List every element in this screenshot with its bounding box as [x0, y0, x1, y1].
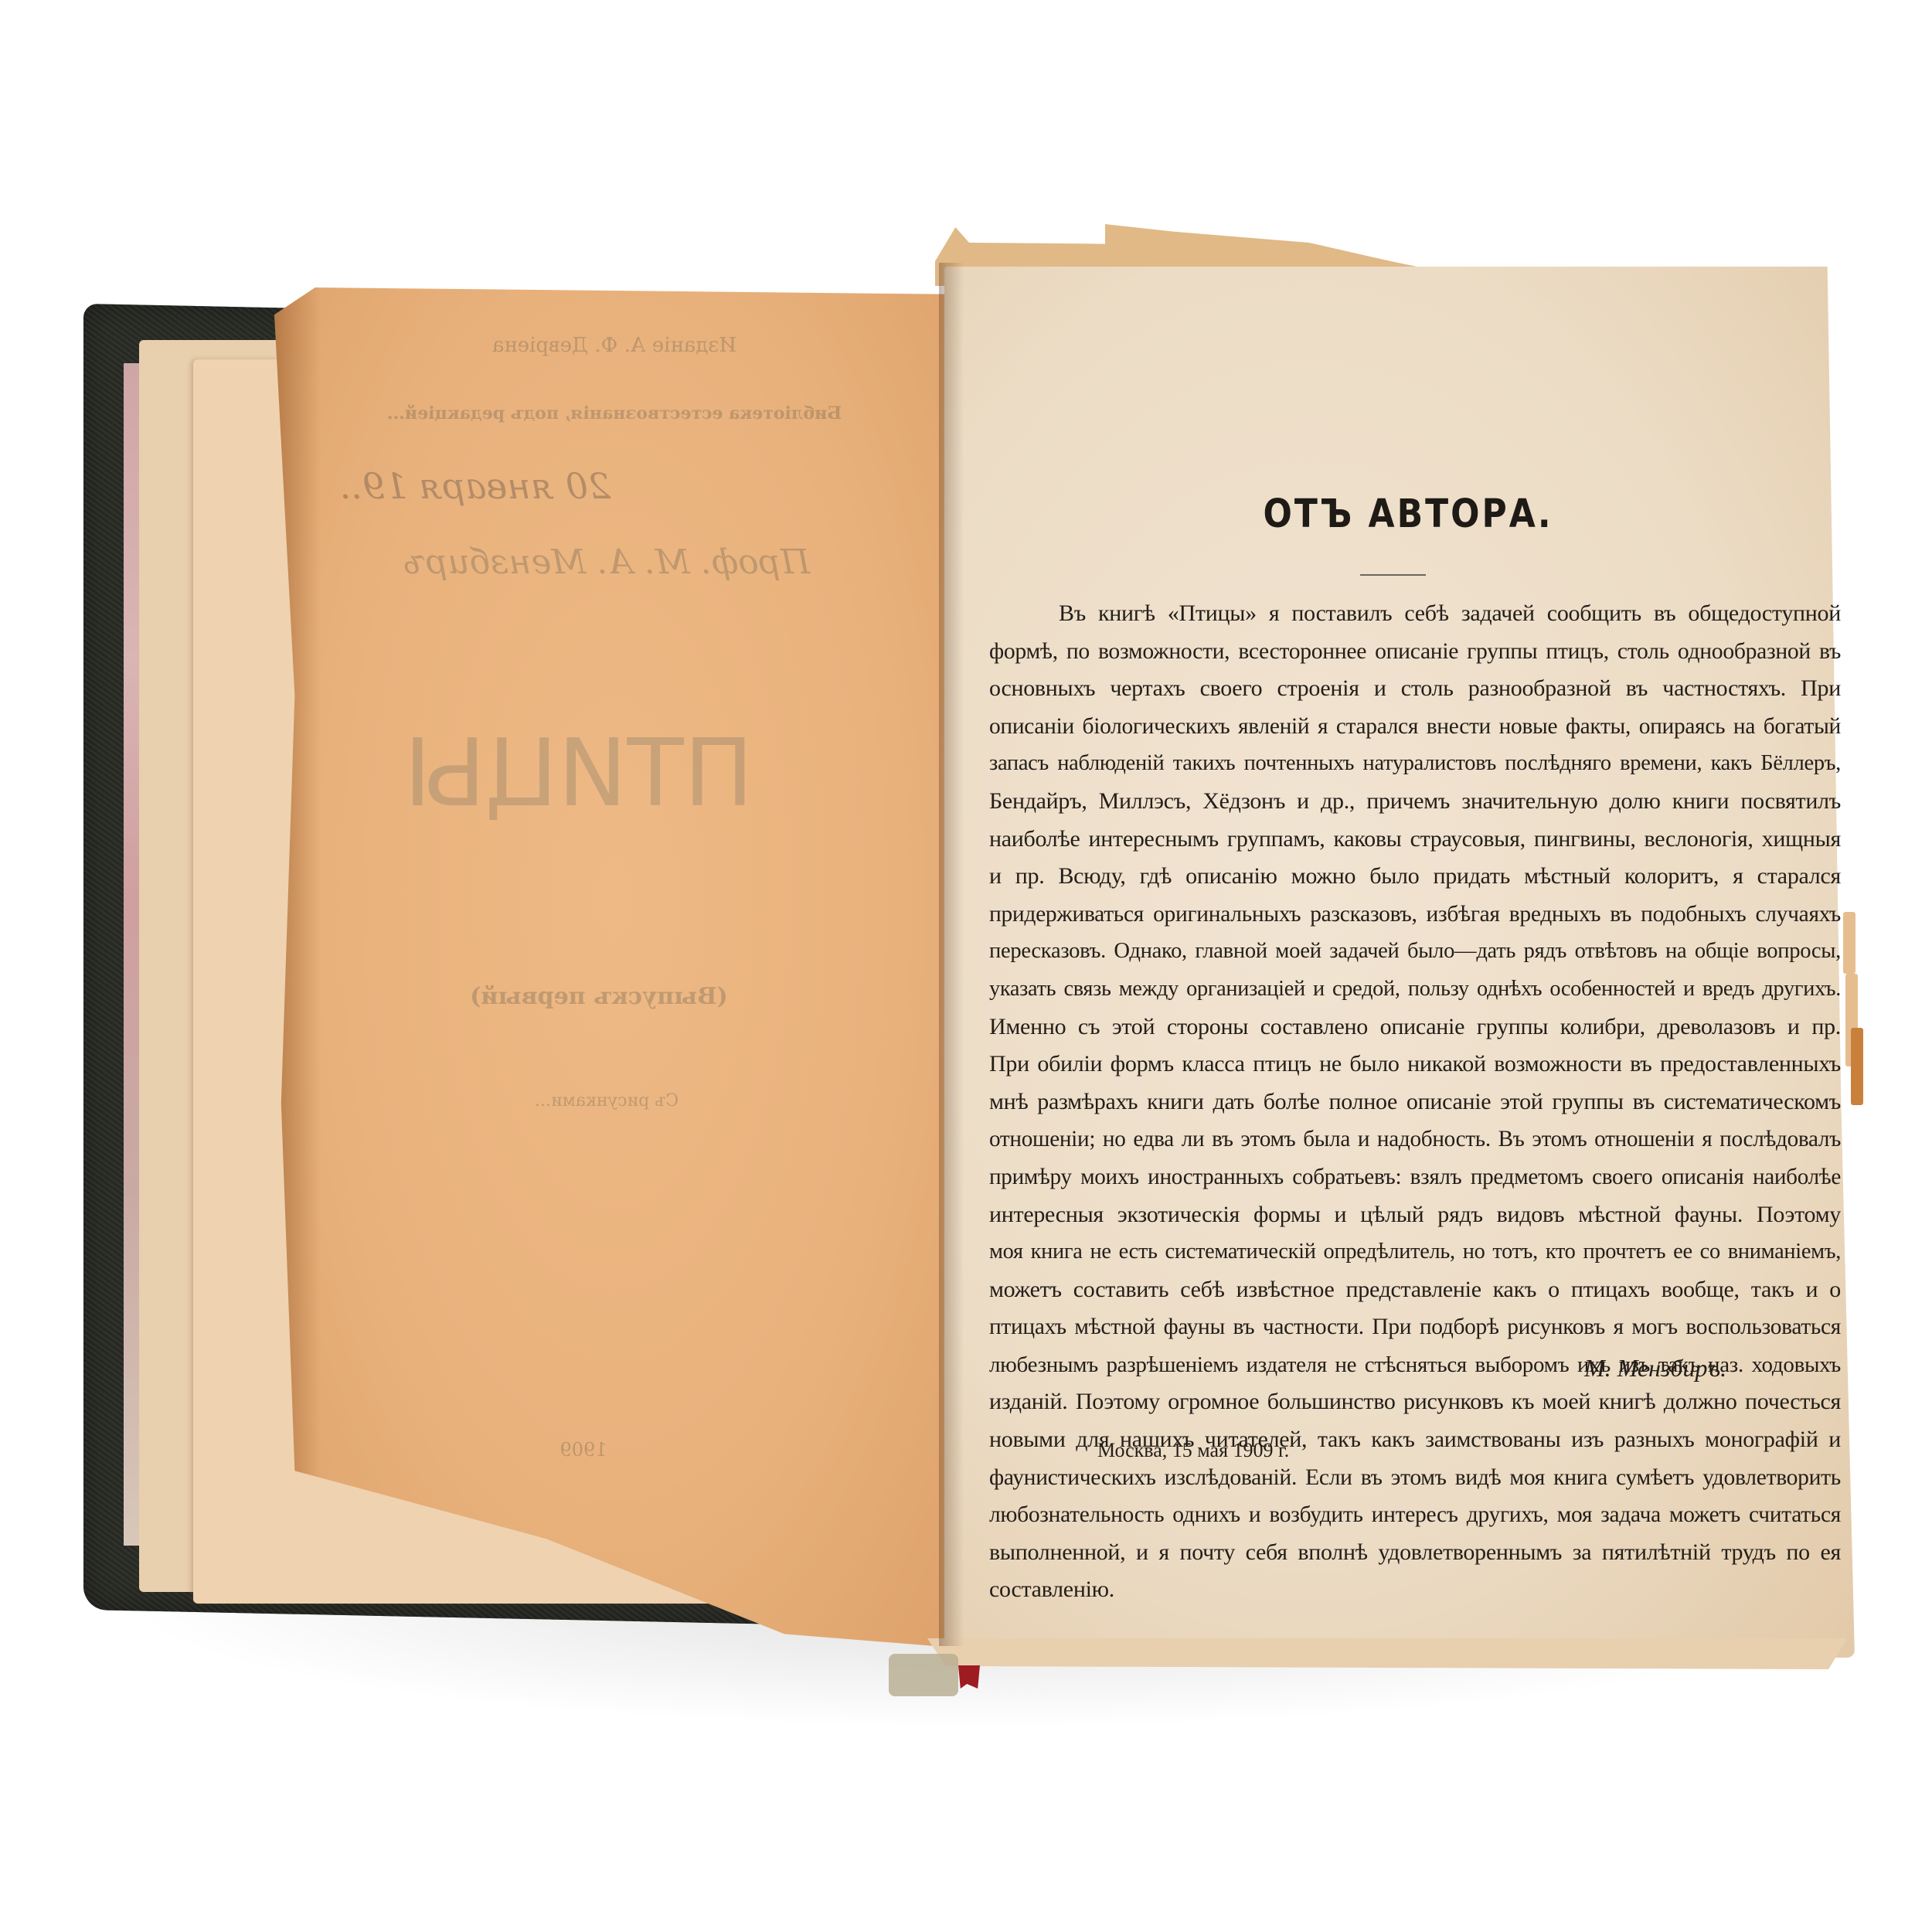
- text-line: отношеніи; но едва ли въ этомъ была и на…: [989, 1121, 1841, 1158]
- text-line: формѣ, по возможности, всестороннее опис…: [989, 633, 1841, 671]
- text-line: придерживаться оригинальныхъ разсказовъ,…: [989, 896, 1841, 934]
- text-line: основныхъ чертахъ своего строенія и стол…: [989, 670, 1841, 708]
- text-line: мнѣ размѣрахъ книги дать болѣе полное оп…: [989, 1083, 1841, 1121]
- bleed-handwritten-note: 20 января 19..: [274, 465, 676, 507]
- bleed-note-line: Съ рисунками...: [305, 1091, 908, 1111]
- frayed-spine: [889, 1654, 958, 1696]
- text-line: наиболѣе интереснымъ группамъ, каковы ст…: [989, 821, 1841, 859]
- text-line: выполненной, и я почту себя вполнѣ удовл…: [989, 1534, 1841, 1572]
- text-line: указать связь между организаціей и средо…: [989, 971, 1841, 1009]
- text-line: моя книга не есть систематическій опредѣ…: [989, 1233, 1841, 1271]
- author-signature: М. Мензбиръ.: [1584, 1354, 1726, 1383]
- text-line: При обиліи формъ класса птицъ не было ни…: [989, 1046, 1841, 1083]
- text-line: Бендайръ, Миллэсъ, Хёдзонъ и др., причем…: [989, 783, 1841, 821]
- text-line: Въ книгѣ «Птицы» я поставилъ себѣ задаче…: [989, 595, 1841, 633]
- text-line: запасъ наблюденій такихъ почтенныхъ нату…: [989, 745, 1841, 783]
- bleed-book-title: ПТИЦЫ: [429, 720, 753, 828]
- page-block-edge: [927, 1638, 1847, 1669]
- text-line: описаніи біологическихъ явленій я старал…: [989, 708, 1841, 746]
- text-line: и пр. Всюду, гдѣ описанію можно было при…: [989, 858, 1841, 896]
- text-line: пересказовъ. Однако, главной моей задаче…: [989, 933, 1841, 971]
- heading-rule: [1360, 574, 1426, 576]
- left-page: Изданіе А. Ф. Девріена Библіотека естест…: [274, 287, 954, 1648]
- bleed-issue: (Выпускъ первый): [429, 983, 769, 1010]
- torn-edge-tab: [1851, 1028, 1863, 1105]
- text-line: Именно съ этой стороны составлено описан…: [989, 1009, 1841, 1046]
- text-line: птицахъ мѣстной фауны въ частности. При …: [989, 1308, 1841, 1346]
- text-line: фаунистическихъ изслѣдованій. Если въ эт…: [989, 1459, 1841, 1497]
- page-heading: ОТЪ АВТОРА.: [944, 492, 1872, 537]
- text-line: изданій. Поэтому огромное большинство ри…: [989, 1383, 1841, 1421]
- book-gutter: [939, 263, 970, 1646]
- text-line: примѣру моихъ иностранныхъ собратьевъ: в…: [989, 1158, 1841, 1196]
- torn-edge-tab: [1843, 912, 1855, 974]
- text-line: составленію.: [989, 1571, 1841, 1609]
- bleed-header-line1: Изданіе А. Ф. Девріена: [375, 334, 854, 357]
- bleed-year: 1909: [506, 1439, 661, 1461]
- date-line: Москва, 15 мая 1909 г.: [1097, 1439, 1289, 1462]
- text-line: любознательность однихъ и возбудить инте…: [989, 1496, 1841, 1534]
- text-line: можетъ составить себѣ извѣстное представ…: [989, 1271, 1841, 1309]
- bleed-header-line2: Библіотека естествознанія, подъ редакціе…: [305, 403, 923, 423]
- text-line: интересныя экзотическія формы и цѣлый ря…: [989, 1196, 1841, 1234]
- bleed-author: Проф. М. А. Мензбиръ: [390, 543, 823, 582]
